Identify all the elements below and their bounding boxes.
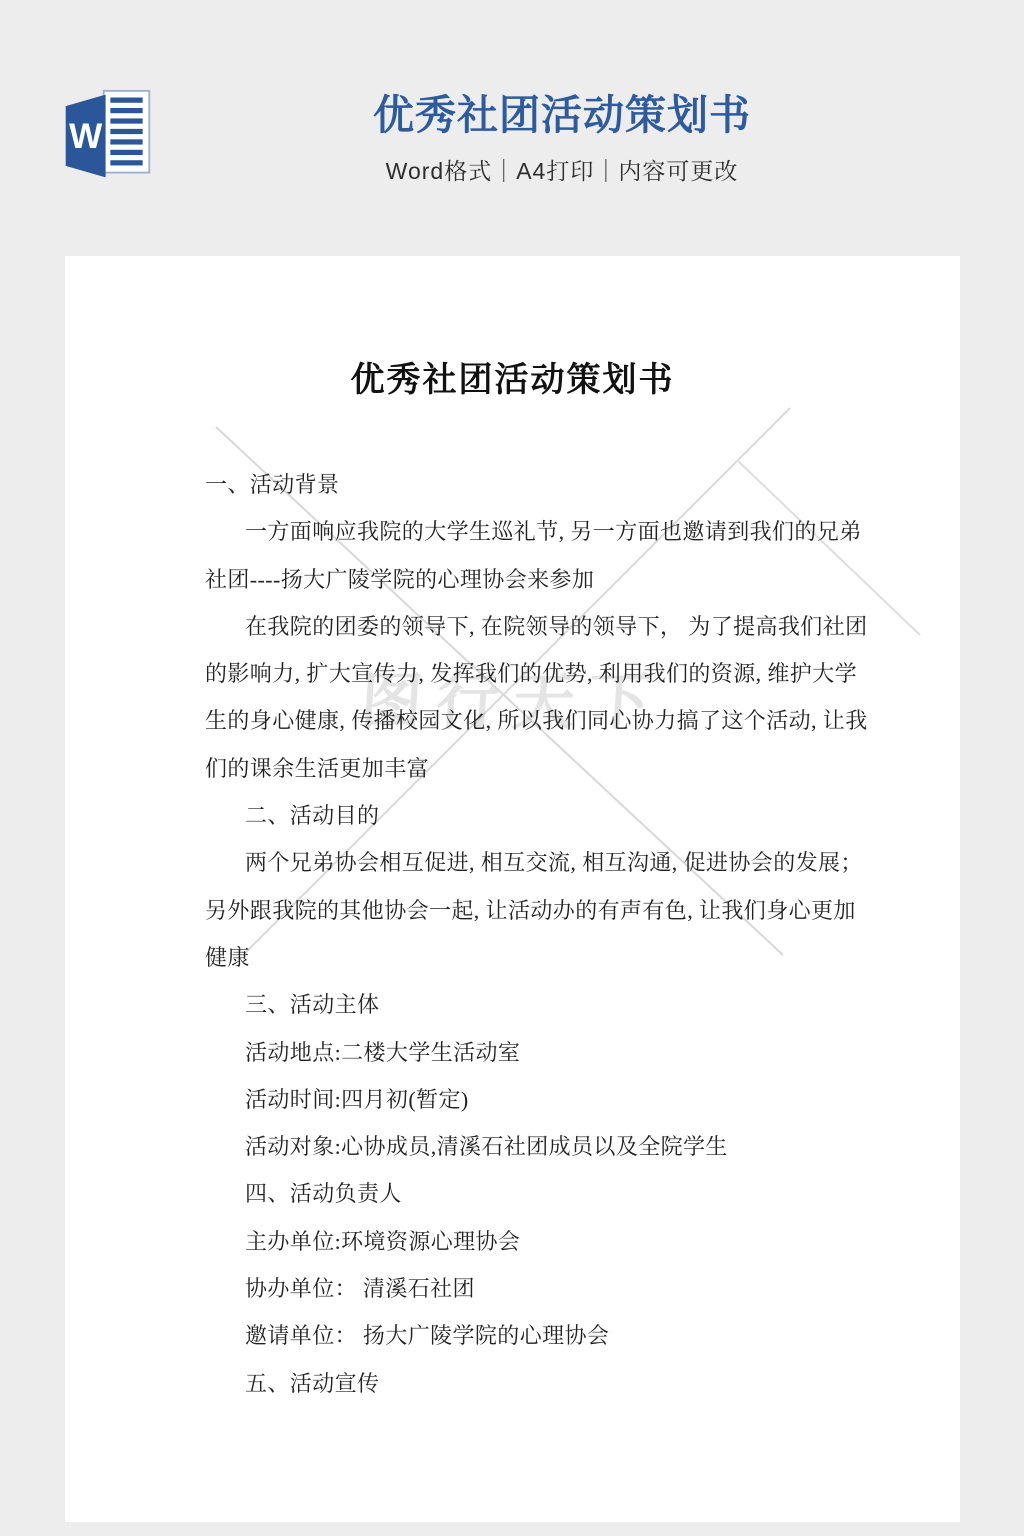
document-line: 一、活动背景 bbox=[65, 461, 960, 508]
page: { "header": { "icon": "word-document-ico… bbox=[0, 0, 1024, 1536]
template-title: 优秀社团活动策划书 bbox=[262, 92, 862, 139]
document-line: 生的身心健康, 传播校园文化, 所以我们同心协力搞了这个活动, 让我 bbox=[65, 697, 960, 744]
document-line: 两个兄弟协会相互促进, 相互交流, 相互沟通, 促进协会的发展； bbox=[65, 839, 960, 886]
document-line: 三、活动主体 bbox=[65, 981, 960, 1028]
document-line: 一方面响应我院的大学生巡礼节, 另一方面也邀请到我们的兄弟 bbox=[65, 508, 960, 555]
document-line: 的影响力, 扩大宣传力, 发挥我们的优势, 利用我们的资源, 维护大学 bbox=[65, 650, 960, 697]
document-body: 一、活动背景一方面响应我院的大学生巡礼节, 另一方面也邀请到我们的兄弟社团---… bbox=[65, 461, 960, 1407]
document-line: 四、活动负责人 bbox=[65, 1170, 960, 1217]
document-line: 协办单位： 清溪石社团 bbox=[65, 1265, 960, 1312]
document-line: 活动地点:二楼大学生活动室 bbox=[65, 1029, 960, 1076]
header: W 优秀社团活动策划书 Word格式｜A4打印｜内容可更改 bbox=[0, 0, 1024, 256]
document-line: 活动对象:心协成员,清溪石社团成员以及全院学生 bbox=[65, 1123, 960, 1170]
document-line: 二、活动目的 bbox=[65, 792, 960, 839]
document-line: 社团----扬大广陵学院的心理协会来参加 bbox=[65, 556, 960, 603]
document-line: 主办单位:环境资源心理协会 bbox=[65, 1218, 960, 1265]
word-icon-graphic: W bbox=[60, 86, 155, 186]
document-title: 优秀社团活动策划书 bbox=[65, 352, 960, 401]
svg-text:W: W bbox=[69, 117, 103, 156]
document-line: 五、活动宣传 bbox=[65, 1360, 960, 1407]
word-icon: W bbox=[60, 86, 155, 186]
document-page: 图行天下 优秀社团活动策划书 一、活动背景一方面响应我院的大学生巡礼节, 另一方… bbox=[65, 256, 960, 1522]
document-line: 健康 bbox=[65, 934, 960, 981]
template-subtitle: Word格式｜A4打印｜内容可更改 bbox=[262, 153, 862, 186]
document-line: 活动时间:四月初(暂定) bbox=[65, 1076, 960, 1123]
header-text: 优秀社团活动策划书 Word格式｜A4打印｜内容可更改 bbox=[262, 0, 862, 186]
document-line: 在我院的团委的领导下, 在院领导的领导下， 为了提高我们社团 bbox=[65, 603, 960, 650]
document-line: 另外跟我院的其他协会一起, 让活动办的有声有色, 让我们身心更加 bbox=[65, 887, 960, 934]
document-line: 邀请单位： 扬大广陵学院的心理协会 bbox=[65, 1312, 960, 1359]
document-line: 们的课余生活更加丰富 bbox=[65, 745, 960, 792]
